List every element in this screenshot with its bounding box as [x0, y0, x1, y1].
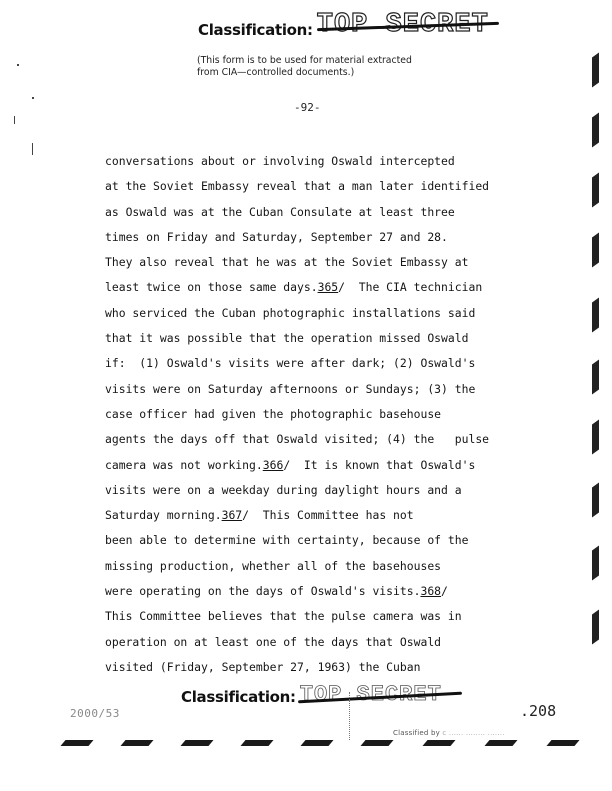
border-hash-mark [592, 420, 599, 455]
text-line: They also reveal that he was at the Sovi… [105, 252, 525, 277]
text-segment: / It is known that Oswald's [283, 458, 475, 472]
border-hash-mark [592, 610, 599, 645]
document-page: Classification: TOP SECRET (This form is… [0, 0, 612, 791]
form-note-line-1: (This form is to be used for material ex… [197, 55, 497, 67]
text-line: Saturday morning.367/ This Committee has… [105, 505, 525, 530]
border-hash-mark [592, 173, 599, 208]
text-line: agents the days off that Oswald visited;… [105, 429, 525, 454]
border-hash-mark [180, 740, 213, 746]
text-line: times on Friday and Saturday, September … [105, 227, 525, 252]
footnote-reference: 368 [420, 584, 441, 598]
text-line: camera was not working.366/ It is known … [105, 455, 525, 480]
text-line: as Oswald was at the Cuban Consulate at … [105, 202, 525, 227]
text-line: visits were on a weekday during daylight… [105, 480, 525, 505]
footnote-reference: 366 [263, 458, 284, 472]
border-hash-mark [592, 483, 599, 518]
text-segment: Saturday morning. [105, 508, 222, 522]
text-line: This Committee believes that the pulse c… [105, 606, 525, 631]
text-line: missing production, whether all of the b… [105, 556, 525, 581]
text-line: least twice on those same days.365/ The … [105, 277, 525, 302]
footer-classification: Classification: TOP SECRET [181, 684, 442, 706]
bottom-border-marks [55, 740, 555, 750]
border-hash-mark [546, 740, 579, 746]
border-hash-mark [240, 740, 273, 746]
text-line: case officer had given the photographic … [105, 404, 525, 429]
border-hash-mark [592, 113, 599, 148]
bates-number: .208 [520, 702, 556, 720]
text-line: if: (1) Oswald's visits were after dark;… [105, 353, 525, 378]
border-hash-mark [120, 740, 153, 746]
classified-by-value: c ...... ........ ....... [442, 729, 504, 737]
classification-stamp: TOP SECRET [317, 12, 489, 39]
text-segment: camera was not working. [105, 458, 263, 472]
border-hash-mark [60, 740, 93, 746]
classified-by-label: Classified by [393, 729, 440, 737]
border-hash-mark [592, 360, 599, 395]
header-classification: Classification: TOP SECRET [198, 12, 489, 39]
form-note: (This form is to be used for material ex… [197, 55, 497, 79]
page-number: -92- [294, 101, 321, 114]
scan-speck [14, 116, 15, 124]
text-line: who serviced the Cuban photographic inst… [105, 303, 525, 328]
text-line: that it was possible that the operation … [105, 328, 525, 353]
text-line: visits were on Saturday afternoons or Su… [105, 379, 525, 404]
footnote-reference: 365 [318, 280, 339, 294]
text-segment: were operating on the days of Oswald's v… [105, 584, 420, 598]
text-line: operation on at least one of the days th… [105, 632, 525, 657]
text-segment: / This Committee has not [242, 508, 413, 522]
border-hash-mark [592, 233, 599, 268]
text-segment: / The CIA technician [338, 280, 482, 294]
document-id: 2000/53 [70, 707, 120, 720]
text-segment: / [441, 584, 448, 598]
border-hash-mark [422, 740, 455, 746]
scan-speck [17, 64, 19, 66]
border-hash-mark [592, 298, 599, 333]
border-hash-mark [360, 740, 393, 746]
text-line: at the Soviet Embassy reveal that a man … [105, 176, 525, 201]
border-hash-mark [592, 546, 599, 581]
scan-speck [32, 97, 34, 99]
border-hash-mark [484, 740, 517, 746]
footer-classification-label: Classification: [181, 688, 296, 706]
footer-classification-stamp: TOP SECRET [300, 684, 442, 706]
text-line: visited (Friday, September 27, 1963) the… [105, 657, 525, 682]
text-line: were operating on the days of Oswald's v… [105, 581, 525, 606]
text-segment: least twice on those same days. [105, 280, 318, 294]
stamp-border [349, 692, 350, 740]
text-line: been able to determine with certainty, b… [105, 530, 525, 555]
form-note-line-2: from CIA—controlled documents.) [197, 67, 497, 79]
scan-speck [32, 143, 33, 155]
border-hash-mark [300, 740, 333, 746]
body-text: conversations about or involving Oswald … [105, 151, 525, 682]
border-hash-mark [592, 53, 599, 88]
classified-by: Classified by c ...... ........ ....... [393, 729, 505, 737]
text-line: conversations about or involving Oswald … [105, 151, 525, 176]
classification-label: Classification: [198, 21, 313, 39]
footnote-reference: 367 [222, 508, 243, 522]
